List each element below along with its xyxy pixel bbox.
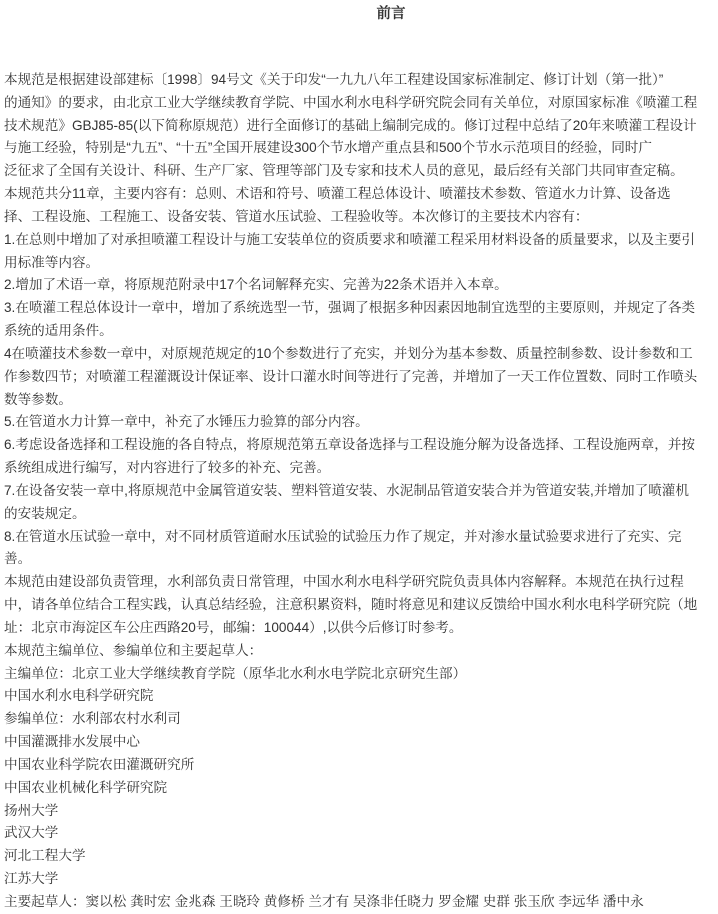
text-line: 中国灌溉排水发展中心 — [4, 731, 718, 754]
text-line: 的通知》的要求，由北京工业大学继续教育学院、中国水利水电科学研究院会同有关单位，… — [4, 92, 718, 115]
text-line: 本规范是根据建设部建标〔1998〕94号文《关于印发“一九九八年工程建设国家标准… — [4, 69, 718, 92]
document-page: 前言 本规范是根据建设部建标〔1998〕94号文《关于印发“一九九八年工程建设国… — [0, 0, 718, 914]
text-line: 与施工经验，特别是“九五”、“十五”全国开展建设300个节水增产重点县和500个… — [4, 137, 718, 160]
text-line: 作参数四节；对喷灌工程灌溉设计保证率、设计口灌水时间等进行了完善，并增加了一天工… — [4, 366, 718, 389]
text-line: 参编单位：水利部农村水利司 — [4, 708, 718, 731]
text-line: 河北工程大学 — [4, 845, 718, 868]
text-line: 择、工程设施、工程施工、设备安装、管道水压试验、工程验收等。本次修订的主要技术内… — [4, 206, 718, 229]
text-line: 技术规范》GBJ85-85(以下简称原规范）进行全面修订的基础上编制完成的。修订… — [4, 115, 718, 138]
text-line: 武汉大学 — [4, 822, 718, 845]
text-line: 本规范由建设部负责管理，水利部负责日常管理，中国水利水电科学研究院负责具体内容解… — [4, 571, 718, 594]
text-line: 系统组成进行编写，对内容进行了较多的补充、完善。 — [4, 457, 718, 480]
text-line: 8.在管道水压试验一章中，对不同材质管道耐水压试验的试验压力作了规定，并对渗水量… — [4, 526, 718, 549]
text-line: 6.考虑设备选择和工程设施的各自特点，将原规范第五章设备选择与工程设施分解为设备… — [4, 434, 718, 457]
text-line: 善。 — [4, 548, 718, 571]
page-title: 前言 — [32, 0, 718, 22]
text-line: 本规范共分11章，主要内容有：总则、术语和符号、喷灌工程总体设计、喷灌技术参数、… — [4, 183, 718, 206]
text-line: 用标准等内容。 — [4, 252, 718, 275]
text-line: 7.在设备安装一章中,将原规范中金属管道安装、塑料管道安装、水泥制品管道安装合并… — [4, 480, 718, 503]
text-line: 扬州大学 — [4, 800, 718, 823]
text-line: 2.增加了术语一章，将原规范附录中17个名词解释充实、完善为22条术语并入本章。 — [4, 274, 718, 297]
text-line: 5.在管道水力计算一章中，补充了水锤压力验算的部分内容。 — [4, 411, 718, 434]
text-line: 中国水利水电科学研究院 — [4, 685, 718, 708]
document-body: 本规范是根据建设部建标〔1998〕94号文《关于印发“一九九八年工程建设国家标准… — [0, 69, 718, 914]
text-line: 江苏大学 — [4, 868, 718, 891]
text-line: 主编单位：北京工业大学继续教育学院（原华北水利水电学院北京研究生部） — [4, 663, 718, 686]
text-line: 3.在喷灌工程总体设计一章中，增加了系统选型一节，强调了根据多种因素因地制宜选型… — [4, 297, 718, 320]
text-line: 中国农业科学院农田灌溉研究所 — [4, 754, 718, 777]
text-line: 中国农业机械化科学研究院 — [4, 777, 718, 800]
text-line: 泛征求了全国有关设计、科研、生产厂家、管理等部门及专家和技术人员的意见，最后经有… — [4, 160, 718, 183]
text-line: 4在喷灌技术参数一章中，对原规范规定的10个参数进行了充实，并划分为基本参数、质… — [4, 343, 718, 366]
text-line: 的安装规定。 — [4, 503, 718, 526]
text-line: 址：北京市海淀区车公庄西路20号，邮编：100044）,以供今后修订时参考。 — [4, 617, 718, 640]
text-line: 1.在总则中增加了对承担喷灌工程设计与施工安装单位的资质要求和喷灌工程采用材料设… — [4, 229, 718, 252]
text-line: 中，请各单位结合工程实践，认真总结经验，注意积累资料，随时将意见和建议反馈给中国… — [4, 594, 718, 617]
text-line: 主要起草人：窦以松 龚时宏 金兆森 王晓玲 黄修桥 兰才有 吴涤非任晓力 罗金耀… — [4, 891, 718, 914]
text-line: 系统的适用条件。 — [4, 320, 718, 343]
text-line: 本规范主编单位、参编单位和主要起草人： — [4, 640, 718, 663]
text-line: 数等参数。 — [4, 389, 718, 412]
